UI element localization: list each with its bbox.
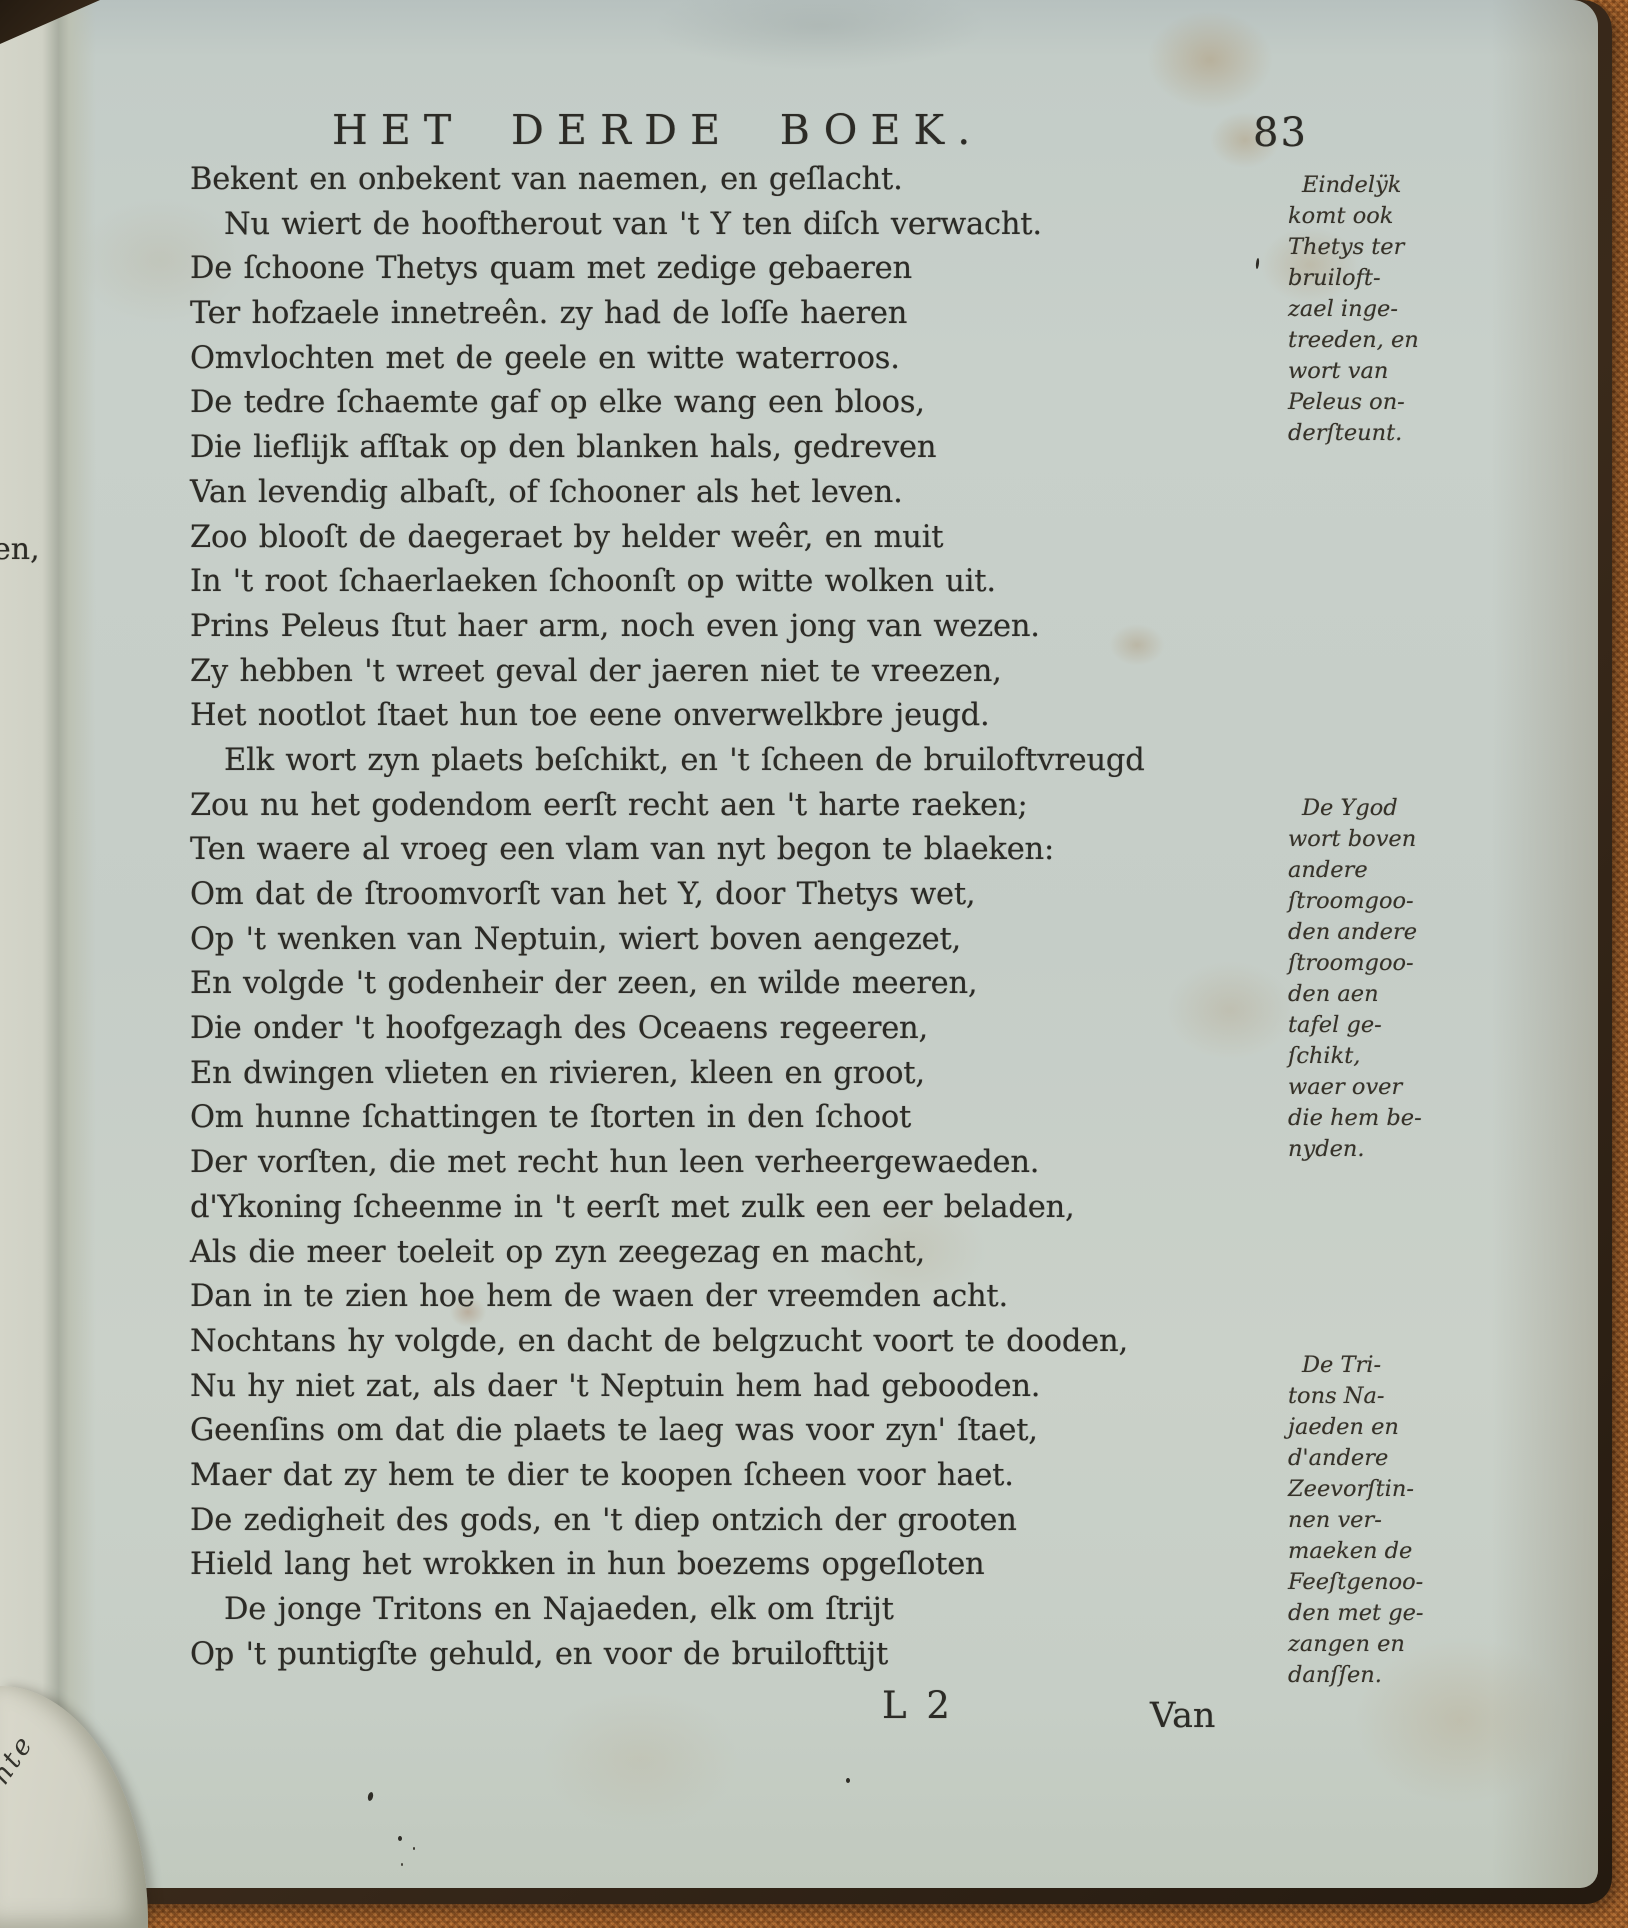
poem-line: De ſchoone Thetys quam met zedige gebaer… [190,247,1190,292]
margin-note-line: ſtroomgoo- [1288,948,1458,979]
margin-note-line: wort van [1288,356,1458,387]
poem-line: En volgde 't godenheir der zeen, en wild… [190,962,1190,1007]
page-title: HET DERDE BOEK. [332,106,983,154]
margin-note-line: Zeevorſtin- [1288,1474,1458,1505]
ink-speck [846,1778,850,1783]
poem-line: Der vorſten, die met recht hun leen verh… [190,1141,1190,1186]
poem-line: Die lieflijk afſtak op den blanken hals,… [190,426,1190,471]
margin-note-line: komt ook [1288,201,1458,232]
ink-speck [1255,258,1259,269]
facing-page-text-fragment: en, [0,532,40,567]
poem-line: Dan in te zien hoe hem de waen der vreem… [190,1275,1190,1320]
margin-note-line: De Ygod [1288,793,1458,824]
margin-note-line: Eindelÿk [1288,170,1458,201]
poem-line: Van levendig albaſt, of ſchooner als het… [190,471,1190,516]
poem-line: De zedigheit des gods, en 't diep ontzic… [190,1499,1190,1544]
margin-note-line: andere [1288,855,1458,886]
margin-note-line: derſteunt. [1288,418,1458,449]
poem-line: En dwingen vlieten en rivieren, kleen en… [190,1052,1190,1097]
margin-note-1: Eindelÿkkomt ookThetys terbruiloft-zael … [1288,170,1458,449]
poem-block: Bekent en onbekent van naemen, en geſlac… [190,158,1190,1677]
book-photo: HET DERDE BOEK. 83 Bekent en onbekent va… [0,0,1628,1928]
poem-line: Maer dat zy hem te dier te koopen ſcheen… [190,1454,1190,1499]
margin-note-line: tons Na- [1288,1381,1458,1412]
margin-note-line: d'andere [1288,1443,1458,1474]
margin-note-line: treeden, en [1288,325,1458,356]
margin-note-line: zangen en [1288,1629,1458,1660]
margin-note-line: Peleus on- [1288,387,1458,418]
poem-line: Elk wort zyn plaets beſchikt, en 't ſche… [190,739,1190,784]
margin-note-line: den met ge- [1288,1598,1458,1629]
poem-line: Het nootlot ſtaet hun toe eene onverwelk… [190,694,1190,739]
catchword: Van [1150,1696,1215,1736]
poem-line: Om dat de ſtroomvorſt van het Y, door Th… [190,873,1190,918]
facing-page-corner-fragment: nte [0,1729,40,1790]
margin-note-line: waer over [1288,1072,1458,1103]
margin-note-3: De Tri-tons Na-jaeden end'andereZeevorſt… [1288,1350,1458,1691]
margin-note-line: De Tri- [1288,1350,1458,1381]
margin-note-line: Feeſtgenoo- [1288,1567,1458,1598]
poem-line: In 't root ſchaerlaeken ſchoonſt op witt… [190,560,1190,605]
poem-line: Nu hy niet zat, als daer 't Neptuin hem … [190,1365,1190,1410]
margin-note-line: wort boven [1288,824,1458,855]
poem-line: Hield lang het wrokken in hun boezems op… [190,1543,1190,1588]
poem-line: Bekent en onbekent van naemen, en geſlac… [190,158,1190,203]
margin-note-line: nen ver- [1288,1505,1458,1536]
margin-note-line: nyden. [1288,1134,1458,1165]
poem-line: Op 't wenken van Neptuin, wiert boven ae… [190,918,1190,963]
margin-note-line: ſtroomgoo- [1288,886,1458,917]
poem-line: Omvlochten met de geele en witte waterro… [190,337,1190,382]
poem-line: Zoo blooſt de daegeraet by helder weêr, … [190,516,1190,561]
margin-note-2: De Ygodwort bovenandereſtroomgoo-den and… [1288,793,1458,1165]
poem-line: Nochtans hy volgde, en dacht de belgzuch… [190,1320,1190,1365]
poem-line: Ter hofzaele innetreên. zy had de loſſe … [190,292,1190,337]
poem-line: De tedre ſchaemte gaf op elke wang een b… [190,381,1190,426]
poem-line: Ten waere al vroeg een vlam van nyt bego… [190,828,1190,873]
poem-line: Zou nu het godendom eerſt recht aen 't h… [190,784,1190,829]
margin-note-line: ſchikt, [1288,1041,1458,1072]
ink-speck [398,1836,402,1841]
poem-line: Als die meer toeleit op zyn zeegezag en … [190,1231,1190,1276]
page-number: 83 [1253,110,1308,156]
margin-note-line: Thetys ter [1288,232,1458,263]
margin-note-line: maeken de [1288,1536,1458,1567]
signature-mark: L 2 [882,1684,950,1727]
poem-line: Nu wiert de hooftherout van 't Y ten diſ… [190,203,1190,248]
margin-note-line: die hem be- [1288,1103,1458,1134]
margin-note-line: tafel ge- [1288,1010,1458,1041]
margin-note-line: den aen [1288,979,1458,1010]
poem-line: Prins Peleus ſtut haer arm, noch even jo… [190,605,1190,650]
margin-note-line: danſſen. [1288,1660,1458,1691]
margin-note-line: jaeden en [1288,1412,1458,1443]
poem-line: Geenſins om dat die plaets te laeg was v… [190,1409,1190,1454]
poem-line: d'Ykoning ſcheenme in 't eerſt met zulk … [190,1186,1190,1231]
ink-speck [367,1792,374,1802]
page-paper: HET DERDE BOEK. 83 Bekent en onbekent va… [0,0,1598,1888]
margin-note-line: den andere [1288,917,1458,948]
poem-line: Zy hebben 't wreet geval der jaeren niet… [190,650,1190,695]
poem-line: De jonge Tritons en Najaeden, elk om ſtr… [190,1588,1190,1633]
margin-note-line: bruiloft- [1288,263,1458,294]
margin-note-line: zael inge- [1288,294,1458,325]
poem-line: Om hunne ſchattingen te ſtorten in den ſ… [190,1096,1190,1141]
poem-line: Op 't puntigſte gehuld, en voor de bruil… [190,1633,1190,1678]
poem-line: Die onder 't hoofgezagh des Oceaens rege… [190,1007,1190,1052]
